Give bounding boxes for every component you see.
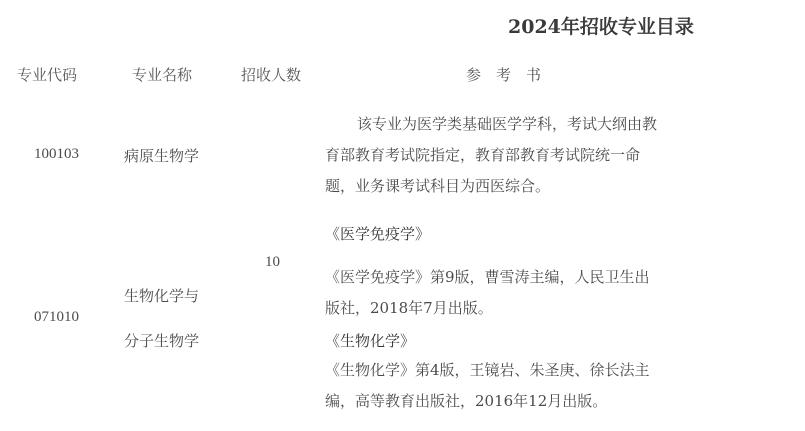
book-detail-line: 《医学免疫学》第9版，曹雪涛主编，人民卫生出 bbox=[325, 262, 650, 293]
row-1-major-code: 100103 bbox=[34, 146, 79, 163]
row-1-references: 该专业为医学类基础医学学科，考试大纲由教 育部教育考试院指定，教育部教育考试院统… bbox=[325, 109, 657, 202]
book-title-immunology: 《医学免疫学》 bbox=[325, 223, 430, 244]
book-detail-line: 《生物化学》第4版，王镜岩、朱圣庚、徐长法主 bbox=[325, 355, 650, 386]
enrollment-count: 10 bbox=[265, 254, 280, 271]
row-2-major-name-line-1: 生物化学与 bbox=[124, 285, 199, 306]
header-enrollment: 招收人数 bbox=[241, 64, 301, 85]
book-detail-line: 版社，2018年7月出版。 bbox=[325, 293, 650, 324]
row-1-reference-line: 题，业务课考试科目为西医综合。 bbox=[325, 171, 657, 202]
book-detail-immunology: 《医学免疫学》第9版，曹雪涛主编，人民卫生出 版社，2018年7月出版。 bbox=[325, 262, 650, 324]
row-1-reference-line: 该专业为医学类基础医学学科，考试大纲由教 bbox=[325, 109, 657, 140]
page-title: 2024年招收专业目录 bbox=[508, 12, 694, 39]
header-major-name: 专业名称 bbox=[132, 64, 192, 85]
book-detail-biochemistry: 《生物化学》第4版，王镜岩、朱圣庚、徐长法主 编，高等教育出版社，2016年12… bbox=[325, 355, 650, 417]
row-2-major-name-line-2: 分子生物学 bbox=[124, 330, 199, 351]
book-title-biochemistry: 《生物化学》 bbox=[325, 330, 415, 351]
book-detail-line: 编，高等教育出版社，2016年12月出版。 bbox=[325, 386, 650, 417]
row-1-major-name: 病原生物学 bbox=[124, 145, 199, 166]
row-2-major-code: 071010 bbox=[34, 309, 79, 326]
header-major-code: 专业代码 bbox=[17, 64, 77, 85]
row-1-reference-line: 育部教育考试院指定，教育部教育考试院统一命 bbox=[325, 140, 657, 171]
header-references: 参 考 书 bbox=[466, 64, 541, 85]
